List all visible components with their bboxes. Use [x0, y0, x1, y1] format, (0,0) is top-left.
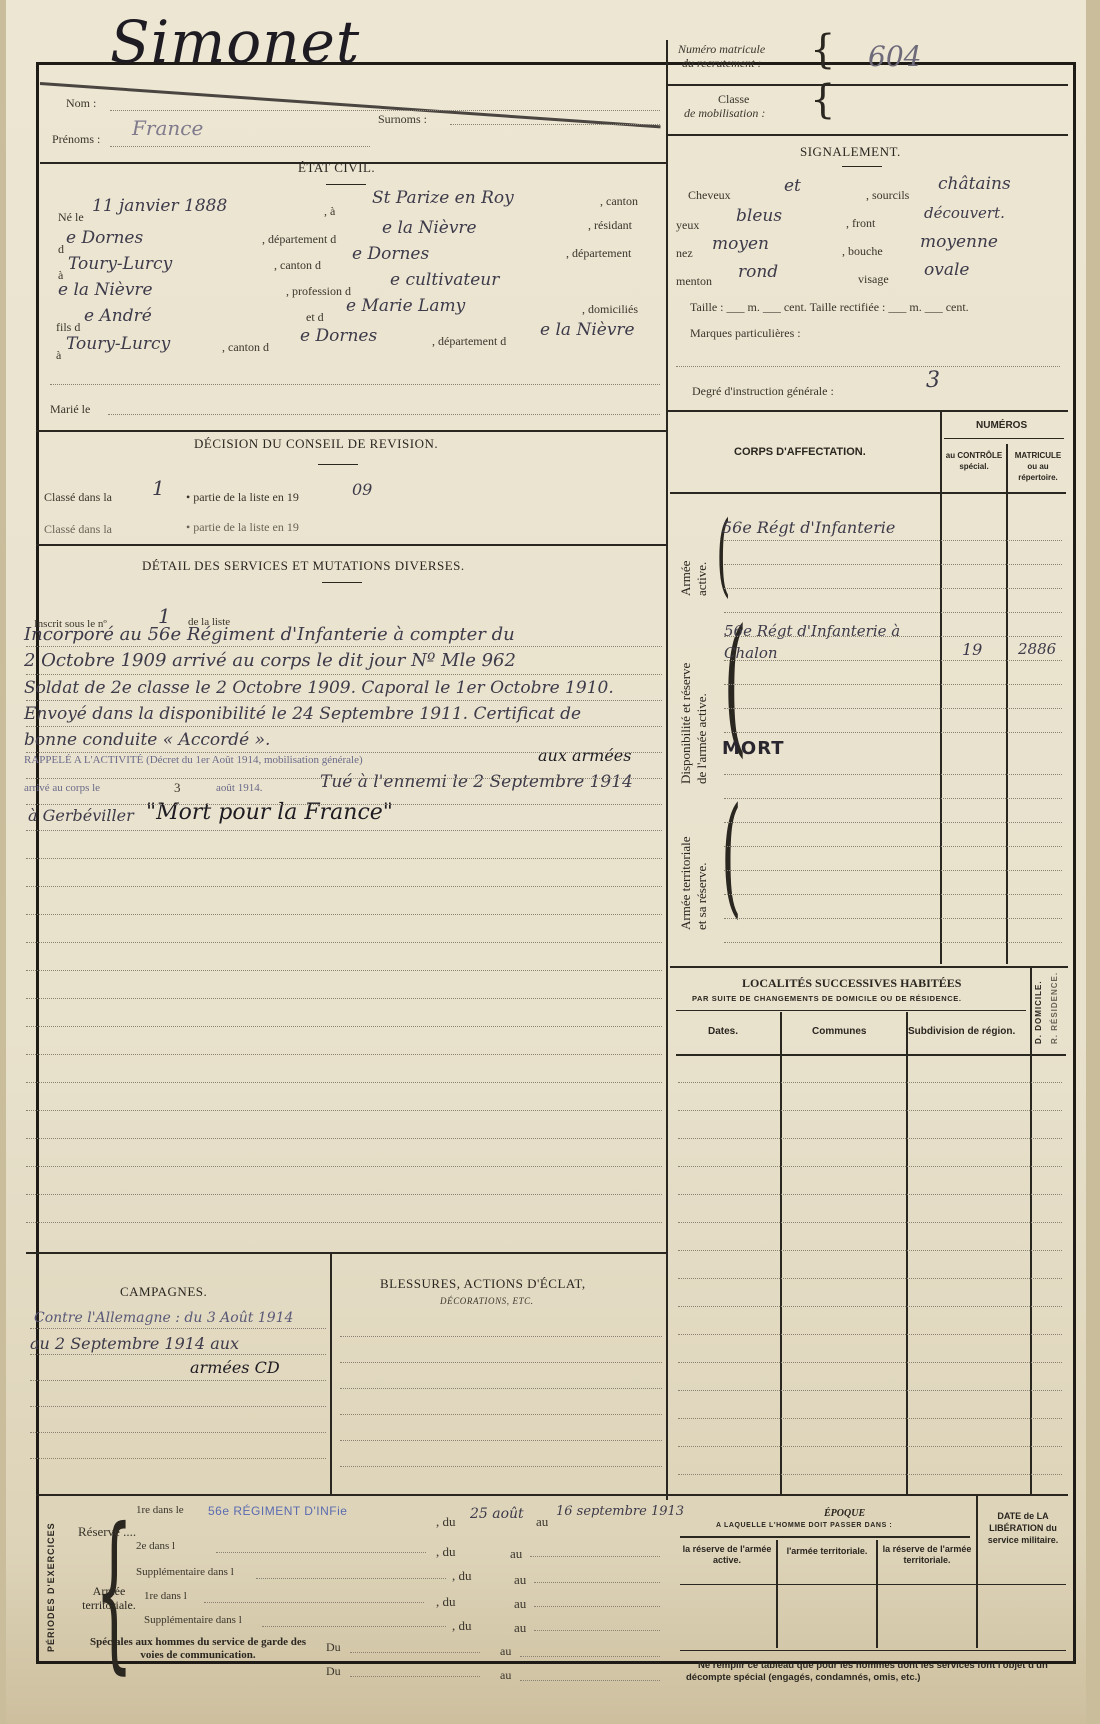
side-label-domicile: D. DOMICILE.	[1034, 980, 1043, 1044]
rule	[678, 1222, 1062, 1223]
localites-header-rule	[676, 1010, 1026, 1011]
residant-label: , résidant	[588, 218, 632, 233]
rule	[724, 774, 1062, 775]
instruction-label: Degré d'instruction générale :	[692, 384, 834, 399]
arrive-day: 3	[174, 780, 181, 796]
conseil-row-1-annee: 09	[352, 480, 372, 499]
canton2-label: , canton d	[274, 258, 321, 273]
etat-civil-title-rule	[326, 184, 366, 185]
reserve-label: Réserve ....	[78, 1524, 136, 1540]
matricule-rule	[668, 84, 1068, 86]
speciales-1-au-label: au	[500, 1644, 511, 1659]
matricule-label-2: du recrutement :	[682, 56, 762, 71]
rule	[678, 1446, 1062, 1447]
reserve-1-au-label: au	[536, 1514, 548, 1530]
localites-col-2-divider	[906, 1012, 908, 1494]
rule	[26, 1026, 662, 1027]
rule	[724, 942, 1062, 943]
date-liberation-header: DATE de LA LIBÉRATION du service militai…	[980, 1510, 1066, 1546]
conseil-row-1-middle: • partie de la liste en 19	[186, 490, 299, 505]
services-bottom-rule	[26, 1252, 666, 1254]
rule	[256, 1578, 446, 1579]
etat-civil-bottom-rule	[36, 430, 666, 432]
rule	[678, 1110, 1062, 1111]
conseil-row-1-partie: 1	[152, 476, 165, 500]
epoque-col-1-divider	[776, 1540, 778, 1648]
epoque-subtitle: A LAQUELLE L'HOMME DOIT PASSER DANS :	[716, 1522, 892, 1529]
section-1-entry: 56e Régt d'Infanterie	[722, 518, 895, 537]
rule	[26, 646, 662, 647]
rule	[724, 588, 1062, 589]
profession-label: , profession d	[286, 284, 351, 299]
rule	[340, 1440, 662, 1441]
rule	[678, 1418, 1062, 1419]
speciales-1-du-label: Du	[326, 1640, 341, 1655]
conseil-row-2-middle: • partie de la liste en 19	[186, 520, 299, 535]
rule	[724, 918, 1062, 919]
rule	[26, 886, 662, 887]
reserve-1-du: 25 août	[470, 1506, 524, 1522]
canton-label: , canton	[600, 194, 638, 209]
d-label: d	[58, 242, 64, 257]
reserve-2-au-label: au	[510, 1546, 522, 1562]
rule	[30, 1432, 326, 1433]
rule	[26, 700, 662, 701]
matricule-label-1: Numéro matricule	[678, 42, 765, 57]
a3-label: à	[56, 348, 61, 363]
rule	[724, 564, 1062, 565]
rule	[26, 1166, 662, 1167]
section-2-label-1: Disponibilité et réserve	[678, 663, 694, 784]
rule	[340, 1362, 662, 1363]
rule	[30, 1380, 326, 1381]
localites-subtitle: PAR SUITE DE CHANGEMENTS DE DOMICILE OU …	[692, 994, 962, 1003]
tue-hand: Tué à l'ennemi le 2 Septembre 1914	[320, 772, 633, 792]
conseil-row-1-prefix: Classé dans la	[44, 490, 112, 505]
reserve-1-du-label: , du	[436, 1514, 456, 1530]
reserve-supp-au-label: au	[514, 1572, 526, 1588]
epoque-col-territoriale: l'armée territoriale.	[780, 1546, 874, 1557]
epoque-note: Ne remplir ce tableau que pour les homme…	[686, 1660, 1064, 1684]
col-dates: Dates.	[708, 1026, 738, 1037]
localites-col-rule	[676, 1054, 1066, 1056]
side-label-residence: R. RÉSIDENCE.	[1050, 972, 1059, 1044]
rule	[26, 752, 662, 753]
rule	[724, 732, 1062, 733]
rule	[520, 1656, 660, 1657]
epoque-col-reserve-active: la réserve de l'armée active.	[680, 1544, 774, 1566]
etat-civil-title: ÉTAT CIVIL.	[298, 160, 375, 176]
visage-value: ovale	[924, 260, 969, 280]
conseil-revision-title: DÉCISION DU CONSEIL DE REVISION.	[194, 436, 438, 452]
rule	[350, 1652, 480, 1653]
reserve-1-corps: 56e RÉGIMENT D'INFie	[208, 1504, 347, 1518]
territoriale-supp-label: Supplémentaire dans l	[144, 1614, 242, 1626]
rule	[678, 1362, 1062, 1363]
numeros-rule	[944, 438, 1064, 439]
rule	[724, 870, 1062, 871]
cheveux-label: Cheveux	[688, 188, 731, 203]
rule	[530, 1556, 660, 1557]
instruction-value: 3	[926, 368, 940, 393]
rule	[30, 1406, 326, 1407]
mere-label: et d	[306, 310, 324, 325]
col-subdivision: Subdivision de région.	[908, 1026, 1015, 1037]
campagne-line-1: Contre l'Allemagne : du 3 Août 1914	[34, 1310, 293, 1326]
classe-rule	[668, 134, 1068, 136]
service-line-1: Incorporé au 56e Régiment d'Infanterie à…	[24, 624, 515, 645]
front-value: découvert.	[924, 204, 1005, 222]
numeros-middle-divider	[1006, 444, 1008, 964]
territoriale-supp-du-label: , du	[452, 1618, 472, 1634]
rule	[26, 1222, 662, 1223]
arrive-rest: août 1914.	[216, 782, 262, 794]
col-communes: Communes	[812, 1026, 866, 1037]
marie-line	[108, 414, 660, 415]
reserve-supp-du-label: , du	[452, 1568, 472, 1584]
corps-bottom-rule	[670, 966, 1068, 968]
menton-label: menton	[676, 274, 712, 289]
service-line-3: Soldat de 2e classe le 2 Octobre 1909. C…	[24, 678, 614, 698]
prenoms-label: Prénoms :	[52, 132, 100, 147]
rule	[350, 1676, 480, 1677]
prenoms-value: France	[132, 116, 203, 140]
section-2-matricule: 2886	[1018, 640, 1056, 658]
center-divider	[666, 40, 668, 1500]
territoriale-1-label: 1re dans l	[144, 1590, 187, 1602]
classe-brace: {	[810, 80, 835, 120]
speciales-2-du-label: Du	[326, 1664, 341, 1679]
periodes-side-label: PÉRIODES D'EXERCICES	[46, 1522, 56, 1652]
armee-territoriale-label: Armée territoriale et sa réserve.	[678, 837, 710, 930]
nez-label: nez	[676, 246, 693, 261]
front-label: , front	[846, 216, 875, 231]
rule	[520, 1680, 660, 1681]
rule	[30, 1458, 326, 1459]
rule	[30, 1354, 326, 1355]
disponibilite-label: Disponibilité et réserve de l'armée acti…	[678, 663, 710, 784]
rule	[724, 822, 1062, 823]
rule	[678, 1250, 1062, 1251]
rule	[724, 660, 1062, 661]
surnoms-label: Surnoms :	[378, 112, 427, 127]
rule	[724, 684, 1062, 685]
reserve-1-au: 16 septembre 1913	[556, 1504, 684, 1519]
campagne-line-3: armées CD	[190, 1358, 280, 1377]
territoriale-label: Armée territoriale.	[78, 1584, 140, 1612]
departement-value: e la Nièvre	[382, 218, 477, 238]
campagne-line-2: au 2 Septembre 1914 aux	[30, 1334, 239, 1353]
campagnes-title: CAMPAGNES.	[120, 1284, 207, 1300]
rule	[30, 1328, 326, 1329]
col-matricule-header: MATRICULE ou au répertoire.	[1010, 450, 1066, 483]
mort-stamp: MORT	[722, 738, 785, 759]
domicilies-label: , domiciliés	[582, 302, 638, 317]
rule	[724, 636, 1062, 637]
rule	[262, 1626, 446, 1627]
epoque-date-divider	[976, 1496, 978, 1648]
rule	[26, 998, 662, 999]
rule	[26, 674, 662, 675]
arrive-printed: arrivé au corps le	[24, 782, 100, 794]
a-label: , à	[324, 204, 335, 219]
rule	[340, 1414, 662, 1415]
rule	[26, 942, 662, 943]
rule	[724, 846, 1062, 847]
reserve-1-label: 1re dans le	[136, 1504, 184, 1516]
rule	[678, 1194, 1062, 1195]
rule	[26, 804, 662, 805]
speciales-label: Spéciales aux hommes du service de garde…	[78, 1636, 318, 1662]
nom-value: Simonet	[110, 8, 360, 76]
section-2-label-2: de l'armée active.	[694, 663, 710, 784]
epoque-rule	[680, 1536, 970, 1538]
numeros-title: NUMÉROS	[976, 420, 1027, 431]
rule	[724, 540, 1062, 541]
canton3-label: , canton d	[222, 340, 269, 355]
rule	[340, 1388, 662, 1389]
rappel-printed: RAPPELÉ A L'ACTIVITÉ (Décret du 1er Août…	[24, 754, 363, 766]
reserve-2-label: 2e dans l	[136, 1540, 175, 1552]
classe-label-2: de mobilisation :	[684, 106, 765, 121]
canton3-value: e Dornes	[300, 326, 377, 346]
lieu-naissance-value: St Parize en Roy	[372, 188, 514, 208]
corps-affectation-title: CORPS D'AFFECTATION.	[734, 446, 866, 458]
rule	[678, 1334, 1062, 1335]
blessures-subtitle: DÉCORATIONS, ETC.	[440, 1296, 534, 1306]
surnoms-line	[450, 124, 660, 125]
mere-value: e Marie Lamy	[346, 296, 465, 316]
rule	[678, 1390, 1062, 1391]
epoque-col-reserve-territoriale: la réserve de l'armée territoriale.	[880, 1544, 974, 1566]
service-line-4: Envoyé dans la disponibilité le 24 Septe…	[24, 704, 581, 724]
rule	[724, 708, 1062, 709]
rule	[204, 1602, 424, 1603]
services-title-rule	[322, 582, 362, 583]
domicile-value: Toury-Lurcy	[66, 334, 170, 354]
rule	[724, 612, 1062, 613]
rule	[26, 1054, 662, 1055]
taille-label: Taille : ___ m. ___ cent. Taille rectifi…	[690, 300, 969, 315]
menton-value: rond	[738, 262, 778, 282]
reserve-2-du-label: , du	[436, 1544, 456, 1560]
rule	[534, 1630, 660, 1631]
reserve-supp-label: Supplémentaire dans l	[136, 1566, 234, 1578]
signalement-title: SIGNALEMENT.	[800, 144, 901, 160]
yeux-value: bleus	[736, 206, 782, 226]
rule	[724, 798, 1062, 799]
nom-label: Nom :	[66, 96, 96, 111]
rule	[26, 858, 662, 859]
etat-civil-blank-line	[50, 384, 660, 385]
cheveux-value: et	[784, 176, 801, 196]
rule	[678, 1306, 1062, 1307]
fils-label: fils d	[56, 320, 80, 335]
nez-value: moyen	[712, 234, 769, 254]
rule	[534, 1582, 660, 1583]
matricule-value: 604	[868, 40, 921, 73]
ne-le-label: Né le	[58, 210, 84, 225]
rule	[26, 1138, 662, 1139]
blessures-title: BLESSURES, ACTIONS D'ÉCLAT,	[380, 1276, 586, 1292]
departement3-label: , département d	[432, 334, 506, 349]
matricule-brace: {	[810, 30, 835, 70]
rule	[26, 1110, 662, 1111]
rule	[340, 1336, 662, 1337]
canton-value: e Dornes	[66, 228, 143, 248]
epoque-title: ÉPOQUE	[824, 1508, 865, 1519]
rule	[26, 830, 662, 831]
localites-title: LOCALITÉS SUCCESSIVES HABITÉES	[742, 976, 961, 991]
territoriale-1-au-label: au	[514, 1596, 526, 1612]
section-3-brace: (	[721, 790, 741, 920]
territoriale-supp-au-label: au	[514, 1620, 526, 1636]
localites-col-1-divider	[780, 1012, 782, 1494]
epoque-col-2-divider	[876, 1540, 878, 1648]
numeros-left-divider	[940, 412, 942, 964]
rule	[678, 1082, 1062, 1083]
marques-label: Marques particulières :	[690, 326, 801, 341]
periodes-top-rule	[36, 1494, 1068, 1496]
rule	[216, 1552, 426, 1553]
rule	[678, 1278, 1062, 1279]
rule	[26, 914, 662, 915]
col-controle-header: au CONTRÔLE spécial.	[944, 450, 1004, 472]
marie-label: Marié le	[50, 402, 90, 417]
ne-le-value: 11 janvier 1888	[92, 196, 227, 216]
section-3-label-2: et sa réserve.	[694, 837, 710, 930]
conseil-bottom-rule	[36, 544, 666, 546]
speciales-2-au-label: au	[500, 1668, 511, 1683]
signalement-title-rule	[842, 166, 882, 167]
lieu-deces: à Gerbéviller	[28, 806, 134, 825]
nom-line	[110, 110, 660, 111]
visage-label: visage	[858, 272, 889, 287]
pere-value: e André	[84, 306, 152, 326]
rule	[26, 1194, 662, 1195]
corps-header-rule	[670, 492, 1066, 494]
rule	[26, 726, 662, 727]
section-2-entry: 56e Régt d'Infanterie à Chalon	[724, 620, 934, 664]
conseil-title-rule	[318, 464, 358, 465]
sourcils-label: , sourcils	[866, 188, 909, 203]
service-line-5: bonne conduite « Accordé ».	[24, 730, 270, 750]
rule	[26, 970, 662, 971]
sourcils-value: châtains	[938, 174, 1011, 194]
rule	[534, 1606, 660, 1607]
rule	[678, 1474, 1062, 1475]
bouche-label: , bouche	[842, 244, 883, 259]
conseil-row-2-prefix: Classé dans la	[44, 522, 112, 537]
departement2-value: e la Nièvre	[58, 280, 153, 300]
epoque-header-rule	[680, 1584, 1066, 1585]
services-title: DÉTAIL DES SERVICES ET MUTATIONS DIVERSE…	[142, 558, 465, 574]
campagnes-divider	[330, 1254, 332, 1494]
section-1-label-1: Armée	[678, 561, 694, 596]
residence-value: Toury-Lurcy	[68, 254, 172, 274]
prenoms-line	[110, 146, 370, 147]
rule	[678, 1138, 1062, 1139]
rule	[340, 1466, 662, 1467]
departement-label: , département d	[262, 232, 336, 247]
rule	[724, 894, 1062, 895]
rule	[26, 778, 662, 779]
rappel-hand: aux armées	[538, 746, 631, 765]
rule	[26, 1082, 662, 1083]
armee-active-label: Armée active.	[678, 561, 710, 596]
canton2-value: e Dornes	[352, 244, 429, 264]
rule	[678, 1166, 1062, 1167]
bouche-value: moyenne	[920, 232, 998, 252]
profession-value: e cultivateur	[390, 270, 499, 290]
departement3-value: e la Nièvre	[540, 320, 635, 340]
localites-side-divider	[1030, 968, 1032, 1494]
marques-line	[676, 366, 1060, 367]
departement2-label: , département	[566, 246, 631, 261]
section-1-label-2: active.	[694, 561, 710, 596]
section-2-controle: 19	[962, 640, 982, 659]
territoriale-1-du-label: , du	[436, 1594, 456, 1610]
section-3-label-1: Armée territoriale	[678, 837, 694, 930]
signalement-bottom-rule	[668, 410, 1068, 412]
service-line-2: 2 Octobre 1909 arrivé au corps le dit jo…	[24, 650, 516, 671]
yeux-label: yeux	[676, 218, 699, 233]
epoque-bottom-rule	[680, 1650, 1066, 1651]
classe-label-1: Classe	[718, 92, 749, 107]
